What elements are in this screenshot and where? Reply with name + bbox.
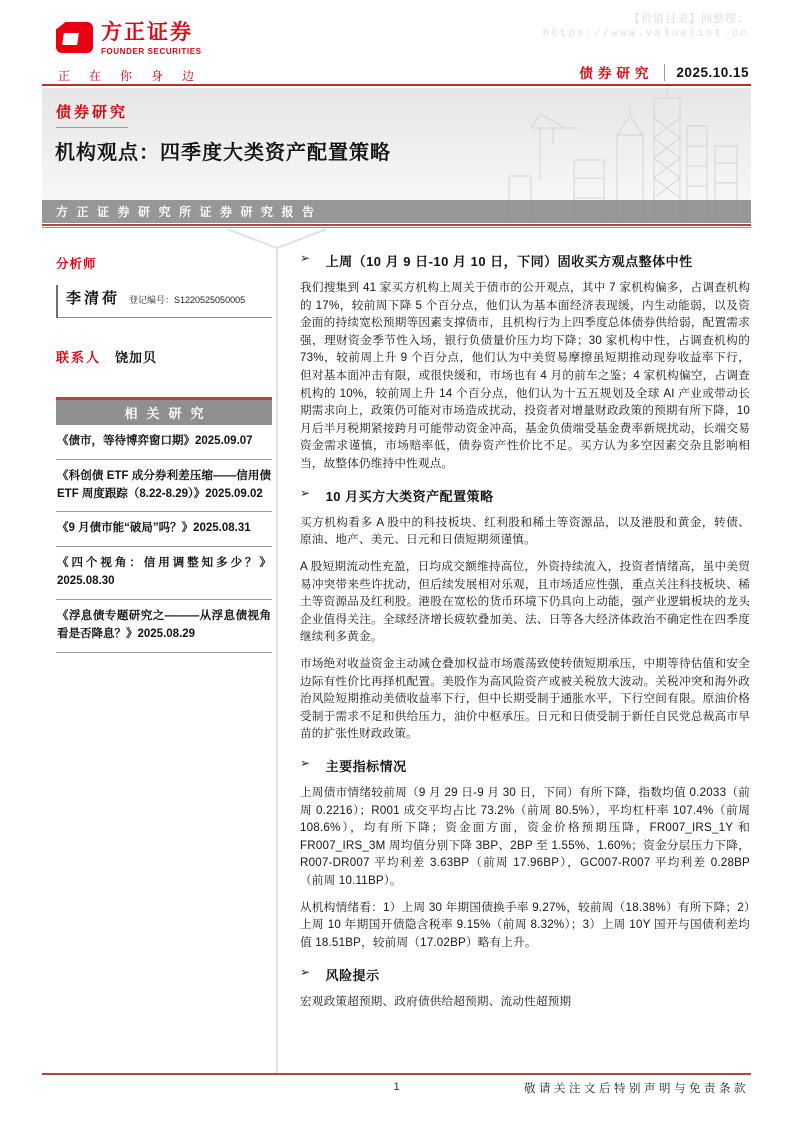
related-research-box: 相关研究 《债市，等待博弈窗口期》2025.09.07 《科创债 ETF 成分券…	[56, 397, 272, 653]
paragraph: 市场绝对收益资金主动减仓叠加权益市场震荡致使转债短期承压，中期等待估值和安全边际…	[300, 655, 750, 743]
analyst-registration-number: 登记编号：S1220525050005	[129, 293, 245, 306]
paragraph: 从机构情绪看：1）上周 30 年期国债换手率 9.27%，较前周（18.38%）…	[300, 899, 750, 952]
report-body: ➢ 上周（10 月 9 日-10 月 10 日，下同）固收买方观点整体中性 我们…	[300, 246, 750, 1019]
founder-securities-logo: 方正证券 FOUNDER SECURITIES	[56, 22, 202, 56]
logo-name-en: FOUNDER SECURITIES	[101, 47, 202, 56]
arrow-bullet-icon: ➢	[300, 486, 311, 505]
header-rule	[42, 84, 751, 86]
analyst-row: 李清荷 登记编号：S1220525050005	[56, 285, 272, 318]
logo-hole-shape	[62, 33, 79, 45]
arrow-bullet-icon: ➢	[300, 756, 311, 775]
banner-category-label: 债券研究	[56, 101, 128, 128]
section-heading-text: 上周（10 月 9 日-10 月 10 日，下同）固收买方观点整体中性	[326, 251, 693, 270]
paragraph: 买方机构看多 A 股中的科技板块、红利股和稀土等资源品，以及港股和黄金，转债、原…	[300, 514, 750, 549]
analyst-name: 李清荷	[66, 287, 120, 308]
related-research-item: 《科创债 ETF 成分券利差压缩——信用债 ETF 周度跟踪（8.22-8.29…	[56, 460, 272, 513]
report-page: 【价值目录】网整理： https://www.valuelist.cn 方正证券…	[0, 0, 793, 1122]
section-heading-text: 10 月买方大类资产配置策略	[326, 486, 494, 505]
founder-logo-icon	[56, 22, 93, 53]
header-meta: 债券研究 2025.10.15	[579, 62, 749, 82]
section-heading-text: 风险提示	[326, 965, 380, 984]
logo-notch-shape	[56, 22, 69, 31]
related-research-item: 《四个视角：信用调整知多少？》2025.08.30	[56, 547, 272, 600]
banner-double-rule	[42, 224, 751, 228]
header-separator	[664, 64, 665, 81]
watermark: 【价值目录】网整理： https://www.valuelist.cn	[543, 12, 749, 43]
section-heading: ➢ 10 月买方大类资产配置策略	[300, 486, 750, 505]
related-research-header: 相关研究	[56, 400, 272, 425]
section-heading: ➢ 风险提示	[300, 965, 750, 984]
paragraph: 上周债市情绪较前周（9 月 29 日-9 月 30 日，下同）有所下降，指数均值…	[300, 784, 750, 890]
footer-rule	[42, 1073, 751, 1075]
logo-wordmark: 方正证券 FOUNDER SECURITIES	[101, 22, 202, 56]
brand-slogan: 正在你身边	[58, 67, 213, 84]
title-banner: 债券研究 机构观点：四季度大类资产配置策略 方正证券研究所证券研究报告	[42, 88, 751, 223]
section-heading-text: 主要指标情况	[326, 756, 407, 775]
section-heading: ➢ 上周（10 月 9 日-10 月 10 日，下同）固收买方观点整体中性	[300, 251, 750, 270]
related-research-item: 《9 月债市能“破局”吗？》2025.08.31	[56, 512, 272, 547]
report-date: 2025.10.15	[676, 65, 749, 80]
paragraph: 宏观政策超预期、政府债供给超预期、流动性超预期	[300, 993, 750, 1011]
analyst-label: 分析师	[56, 254, 272, 272]
watermark-source: 【价值目录】网整理：	[543, 12, 749, 27]
report-title: 机构观点：四季度大类资产配置策略	[55, 136, 391, 165]
report-category-label: 债券研究	[579, 62, 653, 82]
related-research-item: 《浮息债专题研究之———从浮息债视角看是否降息？》2025.08.29	[56, 600, 272, 653]
contact-row: 联系人 饶加贝	[56, 347, 272, 366]
sidebar: 分析师 李清荷 登记编号：S1220525050005 联系人 饶加贝 相关研究…	[56, 244, 272, 653]
paragraph: A 股短期流动性充盈，日均成交额维持高位，外资持续流入，投资者情绪高，虽中美贸易…	[300, 558, 750, 646]
footer-disclaimer: 敬请关注文后特别声明与免责条款	[524, 1080, 749, 1096]
logo-name-cn: 方正证券	[101, 22, 202, 44]
arrow-bullet-icon: ➢	[300, 965, 311, 984]
column-divider-line	[276, 248, 278, 1073]
contact-label: 联系人	[56, 347, 101, 366]
contact-name: 饶加贝	[115, 347, 157, 366]
watermark-url: https://www.valuelist.cn	[543, 27, 749, 42]
related-research-item: 《债市，等待博弈窗口期》2025.09.07	[56, 425, 272, 460]
section-heading: ➢ 主要指标情况	[300, 756, 750, 775]
publisher-bar: 方正证券研究所证券研究报告	[42, 200, 751, 223]
arrow-bullet-icon: ➢	[300, 251, 311, 270]
paragraph: 我们搜集到 41 家买方机构上周关于债市的公开观点，其中 7 家机构偏多，占调查…	[300, 279, 750, 473]
